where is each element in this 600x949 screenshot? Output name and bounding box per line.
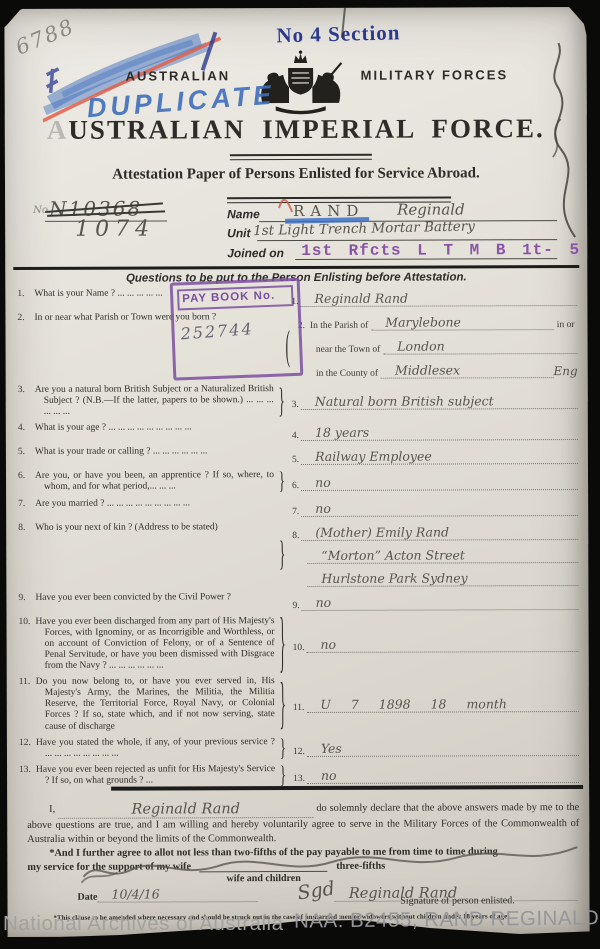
question-row: 7.Are you married ? ... ... ... ... ... … [18,497,578,518]
answer-line: London [383,335,577,355]
pay-book-stamp-label: PAY BOOK No. [177,285,294,310]
scanned-attestation-document: 6788 No 4 Section AUSTRALIAN MILITARY FO… [0,0,600,949]
heavy-rule [13,265,579,270]
question-row: 9.Have you ever been convicted by the Ci… [18,591,578,612]
service-number: 1074 [75,216,155,241]
title-obscured-initial: A [47,115,69,145]
pay-book-number: 252744 [180,316,299,344]
question-row: 6.Are you, or have you been, an apprenti… [18,469,578,493]
declaration-paragraph: I, Reginald Rand do solemnly declare tha… [27,797,579,846]
question-row: 10.Have you ever been discharged from an… [19,615,579,673]
name-field-label: Name [227,207,260,221]
answer-line: no [307,764,579,784]
pay-book-stamp: PAY BOOK No. 252744 [170,278,304,381]
watermark-series-reference: NAA: B2455, RAND REGINALD [294,906,600,933]
document-subtitle: Attestation Paper of Persons Enlisted fo… [5,165,587,184]
answer-line: no [302,591,579,611]
answer-line: U 7 1898 18 month [306,693,579,713]
answer-line: no [301,497,578,517]
question-row: 5.What is your trade or calling ? ... ..… [18,445,578,466]
answer-line: Middlesex [381,359,554,379]
question-row: 4.What is your age ? ... ... ... ... ...… [18,421,578,442]
heavy-rule [111,785,583,791]
answer-line: 18 years [301,421,578,441]
paper-sheet: 6788 No 4 Section AUSTRALIAN MILITARY FO… [4,7,589,937]
question-row: 12.Have you stated the whole, if any, of… [19,736,579,760]
answer-line: Hurlstone Park Sydney [307,567,578,587]
torn-corner [0,0,600,80]
answer-line: Railway Employee [301,445,578,465]
signature-caption: Signature of person enlisted. [337,895,577,907]
alt-fraction-text: three-fifths [336,861,385,872]
answer-line: Marylebone [371,311,554,331]
given-name-handwriting: Reginald [397,200,465,218]
watermark-archive-name: National Archives of Australia [3,912,284,936]
question-row: 8.Who is your next of kin ? (Address to … [18,521,578,588]
divider-rule [230,154,372,160]
question-row: 3.Are you a natural born British Subject… [18,383,578,418]
declaration-name-handwriting: Reginald Rand [58,798,313,819]
unit-field-label: Unit [227,226,250,240]
sgd-handwriting: Sgd [296,877,336,904]
answer-line: no [301,471,578,491]
question-row: 13.Have you ever been rejected as unfit … [19,763,579,787]
answer-line: “Morton” Acton Street [307,544,578,564]
question-row: 11.Do you now belong to, or have you eve… [19,675,579,733]
answer-line: Natural born British subject [301,390,578,410]
answer-line: no [306,633,578,653]
answer-line: (Mother) Emily Rand [301,521,578,541]
document-title: AUSTRALIAN IMPERIAL FORCE. [5,113,587,146]
joined-field-label: Joined on [227,246,284,260]
date-line: 10/4/16 [97,883,257,903]
answer-line: Reginald Rand [300,287,577,307]
answer-line: Yes [307,737,579,757]
